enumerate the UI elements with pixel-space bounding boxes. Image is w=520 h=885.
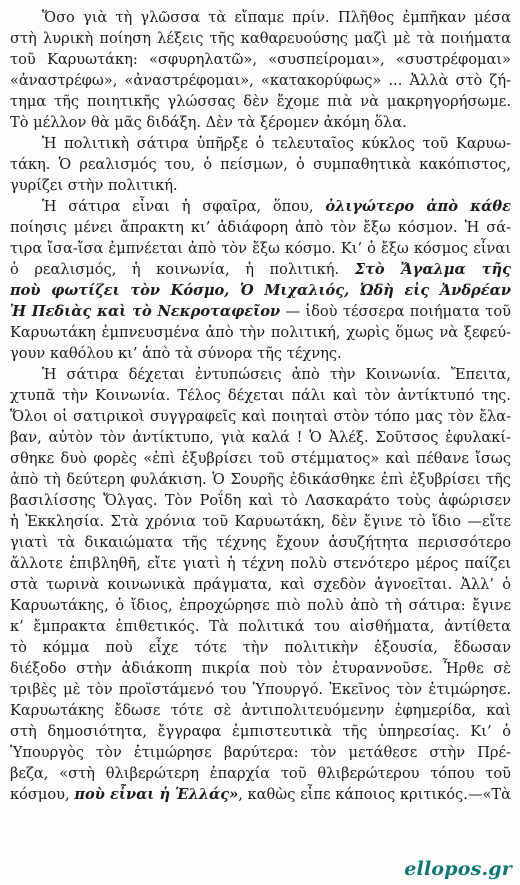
text-segment: Ἡ σάτιρα εἶναι ἡ σφαῖρα, ὅπου, [42, 198, 325, 215]
text-segment: , καθὼς εἶπε κάποιος κριτικός.—«Τὰ [238, 786, 511, 803]
text-line: «ἀναστρέφω», «ἀναστρέφομαι», «κατακορύφω… [10, 70, 511, 91]
text-segment: βαν, αὐτὸν τὸν ἀντίκτυπο, γιὰ καλά ! Ὁ Ἀ… [10, 429, 511, 446]
text-segment: Ὑπουργὸς τὸν ἐτιμώρησε βαρύτερα: τὸν μετ… [10, 744, 511, 761]
text-segment: Ἡ σάτιρα δέχεται ἐντυπώσεις ἀπὸ τὴν Κοιν… [42, 366, 511, 383]
text-segment: στὴ λυρικὴ ποίηση λέξεις τῆς καθαρευούση… [10, 30, 511, 47]
text-segment: ἀπὸ τὴ δεύτερη φυλάκιση. Ὁ Σουρῆς ἐδικάσ… [10, 471, 511, 488]
text-segment: σθηκε δυὸ φορὲς «ἐπὶ ἐξυβρίσει τοῦ στέμμ… [10, 450, 511, 467]
text-line: τριβὲς μὲ τὸν προϊστάμενό του Ὑπουργό. Ἐ… [10, 679, 511, 700]
text-line: κόσμου, ποὺ εἶναι ἡ Ἑλλάς», καθὼς εἶπε κ… [10, 784, 511, 805]
text-line: ὁ ρεαλισμός, ἡ κοινωνία, ἡ πολιτική. Στὸ… [10, 259, 511, 280]
text-line: Καρυωτάκης, ὁ ἴδιος, ἐπροχώρησε πιὸ πολὺ… [10, 595, 511, 616]
text-line: ἡ Ἐκκλησία. Στὰ χρόνια τοῦ Καρυωτάκη, δὲ… [10, 511, 511, 532]
text-segment: Ὅλοι οἱ σατιρικοὶ συγγραφεῖς καὶ ποιηταὶ… [10, 408, 511, 425]
text-segment: διέξοδο στὴν ἀδιάκοπη πικρία ποὺ τὸν ἐτυ… [10, 660, 511, 679]
text-segment: τοῦ Καρυωτάκη: «σφυρηλατῶ», «συσπείρομαι… [10, 51, 511, 68]
text-segment: Καρυωτάκης ἔδωσε τότε σὲ ἀντιπολιτευόμεν… [10, 702, 511, 721]
text-line: Ἡ πολιτικὴ σάτιρα ὑπῆρξε ὁ τελευταῖος κύ… [10, 133, 511, 154]
text-line: στὰ τωρινὰ κοινωνικὰ πράγματα, καὶ σχεδὸ… [10, 574, 511, 595]
text-segment: ἡ Ἐκκλησία. Στὰ χρόνια τοῦ Καρυωτάκη, δὲ… [10, 513, 511, 530]
text-line: Ἡ σάτιρα δέχεται ἐντυπώσεις ἀπὸ τὴν Κοιν… [10, 364, 511, 385]
text-line: βεζα, «στὴ θλιβερώτερη ἐπαρχία τοῦ θλιβε… [10, 763, 511, 784]
text-segment: κ’ ἔμπρακτα ἐπιθετικός. Τὰ πολιτικά του … [10, 618, 511, 637]
text-segment: βασιλίσσης Ὄλγας. Τὸν Ροΐδη καὶ τὸ Λασκα… [10, 492, 511, 509]
text-segment: ποίησις μένει ἄπρακτη κι’ ἀδιάφορη ἀπὸ τ… [10, 219, 511, 236]
text-segment: γιατὶ τὰ δικαιώματα τῆς τέχνης ἔχουν ἀσυ… [10, 534, 511, 553]
text-segment: τιρα ἴσα-ἴσα ἐμπνέεται ἀπὸ τὸν ἔξω κόσμο… [10, 240, 511, 257]
text-body: Ὅσο γιὰ τὴ γλῶσσα τὰ εἴπαμε πρίν. Πλῆθος… [10, 7, 511, 805]
text-segment: χτυπᾶ τὴν Κοινωνία. Τέλος δέχεται πάλι κ… [10, 387, 511, 404]
text-line: Ὅλοι οἱ σατιρικοὶ συγγραφεῖς καὶ ποιηταὶ… [10, 406, 511, 427]
text-line: Ὑπουργὸς τὸν ἐτιμώρησε βαρύτερα: τὸν μετ… [10, 742, 511, 763]
text-line: Καρυωτάκης ἔδωσε τότε σὲ ἀντιπολιτευόμεν… [10, 700, 511, 721]
text-line: Ἡ Πεδιὰς καὶ τὸ Νεκροταφεῖον — ἰδοὺ τέσσ… [10, 301, 511, 322]
text-line: ποὺ φωτίζει τὸν Κόσμο, Ὁ Μιχαλιός, Ὠδὴ ε… [10, 280, 511, 301]
text-line: στὴ δημοσιότητα, ἔγγραφα ἐμπιστευτικὰ τῆ… [10, 721, 511, 742]
text-line: τημα τῆς ποιητικῆς γλώσσας δὲν ἔχομε πιὰ… [10, 91, 511, 112]
text-segment: γυρίζει στὴν πολιτική. [10, 177, 178, 194]
text-segment: ἄλλοτε ἐπιβληθῆ, εἴτε γιατὶ ἡ τέχνη πολὺ… [10, 555, 511, 572]
text-line: χτυπᾶ τὴν Κοινωνία. Τέλος δέχεται πάλι κ… [10, 385, 511, 406]
text-line: κ’ ἔμπρακτα ἐπιθετικός. Τὰ πολιτικά του … [10, 616, 511, 637]
text-line: στὴ λυρικὴ ποίηση λέξεις τῆς καθαρευούση… [10, 28, 511, 49]
emphasized-text: ποὺ φωτίζει τὸν Κόσμο, Ὁ Μιχαλιός, Ὠδὴ ε… [10, 282, 511, 301]
text-segment: Τὸ μέλλον θὰ μᾶς διδάξη. Δὲν τὰ ξέρομεν … [10, 114, 407, 131]
text-line: σθηκε δυὸ φορὲς «ἐπὶ ἐξυβρίσει τοῦ στέμμ… [10, 448, 511, 469]
text-line: Ὅσο γιὰ τὴ γλῶσσα τὰ εἴπαμε πρίν. Πλῆθος… [10, 7, 511, 28]
text-segment: στὰ τωρινὰ κοινωνικὰ πράγματα, καὶ σχεδὸ… [10, 576, 511, 593]
text-segment: τὸ κόμμα ποὺ εἶχε τότε τὴν πολιτικὴν ἐξο… [10, 639, 511, 658]
text-line: Καρυωτάκη ἐμπνευσμένα ἀπὸ τὴν πολιτική, … [10, 322, 511, 343]
emphasized-text: Ἡ Πεδιὰς καὶ τὸ Νεκροταφεῖον [10, 303, 280, 320]
text-segment: τάκη. Ὁ ρεαλισμός του, ὁ πείσμων, ὁ συμπ… [10, 156, 511, 173]
text-segment: Ὅσο γιὰ τὴ γλῶσσα τὰ εἴπαμε πρίν. Πλῆθος… [42, 9, 511, 26]
text-line: Τὸ μέλλον θὰ μᾶς διδάξη. Δὲν τὰ ξέρομεν … [10, 112, 511, 133]
text-segment: κόσμου, [10, 786, 74, 803]
text-segment: στὴ δημοσιότητα, ἔγγραφα ἐμπιστευτικὰ τῆ… [10, 723, 511, 740]
text-segment: τημα τῆς ποιητικῆς γλώσσας δὲν ἔχομε πιὰ… [10, 93, 511, 110]
text-line: ἀπὸ τὴ δεύτερη φυλάκιση. Ὁ Σουρῆς ἐδικάσ… [10, 469, 511, 490]
text-line: ποίησις μένει ἄπρακτη κι’ ἀδιάφορη ἀπὸ τ… [10, 217, 511, 238]
text-segment: — ἰδοὺ τέσσερα ποιήματα τοῦ [280, 303, 511, 320]
text-segment: τριβὲς μὲ τὸν προϊστάμενό του Ὑπουργό. Ἐ… [10, 681, 511, 700]
text-segment: βεζα, «στὴ θλιβερώτερη ἐπαρχία τοῦ θλιβε… [10, 765, 511, 782]
text-line: τοῦ Καρυωτάκη: «σφυρηλατῶ», «συσπείρομαι… [10, 49, 511, 70]
text-segment: Καρυωτάκης, ὁ ἴδιος, ἐπροχώρησε πιὸ πολὺ… [10, 597, 511, 614]
text-segment: «ἀναστρέφω», «ἀναστρέφομαι», «κατακορύφω… [10, 72, 511, 89]
text-line: τιρα ἴσα-ἴσα ἐμπνέεται ἀπὸ τὸν ἔξω κόσμο… [10, 238, 511, 259]
text-line: γουν καθόλου κι’ ἀπὸ τὰ σύνορα τῆς τέχνη… [10, 343, 511, 364]
text-line: γυρίζει στὴν πολιτική. [10, 175, 511, 196]
text-line: τάκη. Ὁ ρεαλισμός του, ὁ πείσμων, ὁ συμπ… [10, 154, 511, 175]
text-line: Ἡ σάτιρα εἶναι ἡ σφαῖρα, ὅπου, ὀλιγώτερο… [10, 196, 511, 217]
text-segment: Καρυωτάκη ἐμπνευσμένα ἀπὸ τὴν πολιτική, … [10, 324, 511, 341]
ellopos-watermark: ellopos.gr [404, 858, 512, 880]
emphasized-text: ποὺ εἶναι ἡ Ἑλλάς» [74, 786, 238, 803]
text-line: βαν, αὐτὸν τὸν ἀντίκτυπο, γιὰ καλά ! Ὁ Ἀ… [10, 427, 511, 448]
text-line: ἄλλοτε ἐπιβληθῆ, εἴτε γιατὶ ἡ τέχνη πολὺ… [10, 553, 511, 574]
text-line: διέξοδο στὴν ἀδιάκοπη πικρία ποὺ τὸν ἐτυ… [10, 658, 511, 679]
text-segment: Ἡ πολιτικὴ σάτιρα ὑπῆρξε ὁ τελευταῖος κύ… [42, 135, 511, 152]
document-page: Ὅσο γιὰ τὴ γλῶσσα τὰ εἴπαμε πρίν. Πλῆθος… [0, 0, 520, 885]
text-line: γιατὶ τὰ δικαιώματα τῆς τέχνης ἔχουν ἀσυ… [10, 532, 511, 553]
text-line: βασιλίσσης Ὄλγας. Τὸν Ροΐδη καὶ τὸ Λασκα… [10, 490, 511, 511]
text-segment: γουν καθόλου κι’ ἀπὸ τὰ σύνορα τῆς τέχνη… [10, 345, 342, 362]
text-segment: ὁ ρεαλισμός, ἡ κοινωνία, ἡ πολιτική. [10, 261, 355, 278]
text-line: τὸ κόμμα ποὺ εἶχε τότε τὴν πολιτικὴν ἐξο… [10, 637, 511, 658]
